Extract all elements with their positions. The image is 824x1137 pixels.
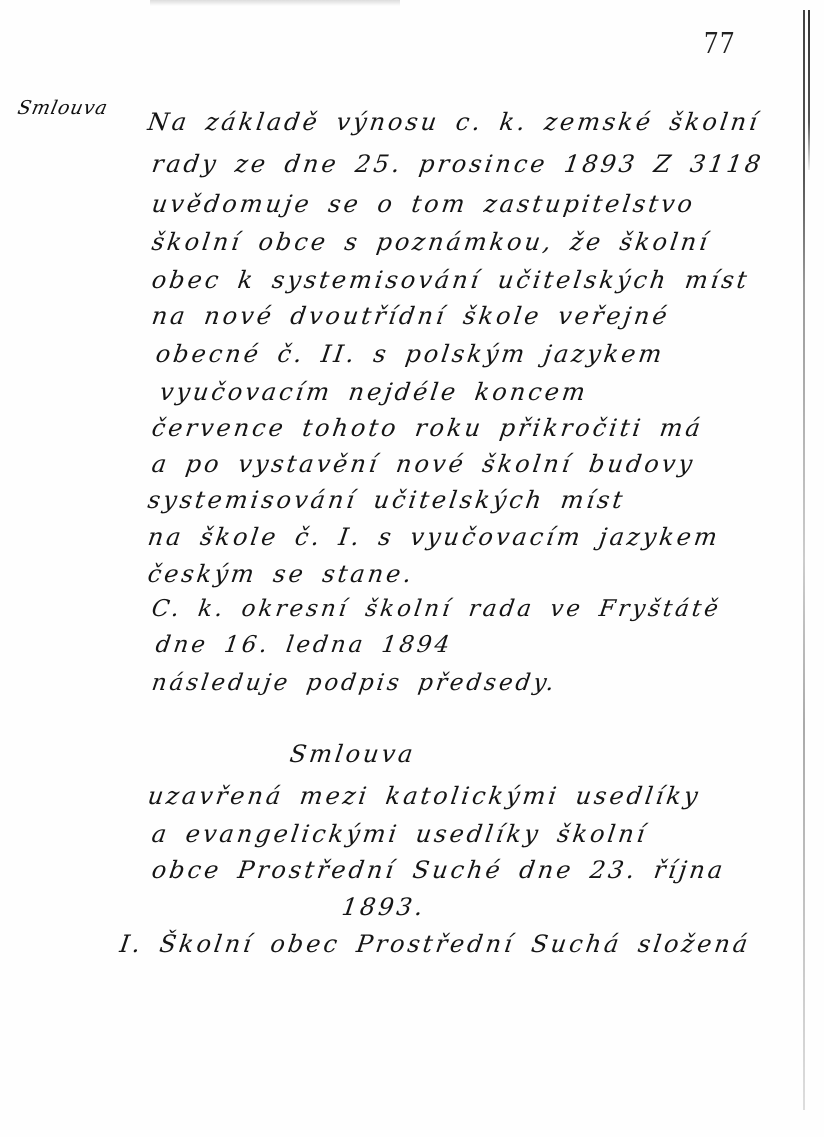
text-line: vyučovacím nejdéle koncem <box>158 378 590 406</box>
text-line: českým se stane. <box>146 560 416 588</box>
section-title: Smlouva <box>288 740 418 768</box>
blank-area <box>0 970 824 1137</box>
section-line: uzavřená mezi katolickými usedlíky <box>146 782 703 810</box>
section-year: 1893. <box>340 893 428 921</box>
text-line: Na základě výnosu c. k. zemské školní <box>146 108 762 136</box>
text-line: na nové dvoutřídní škole veřejné <box>150 302 672 330</box>
text-line: obec k systemisování učitelských míst <box>150 266 751 294</box>
text-line: rady ze dne 25. prosince 1893 Z 3118 <box>150 150 765 178</box>
page-border-rule <box>803 10 805 1110</box>
scan-smudge <box>150 0 400 6</box>
text-line: uvědomuje se o tom zastupitelstvo <box>150 190 697 218</box>
section-line: a evangelickými usedlíky školní <box>150 820 649 848</box>
text-line: obecné č. II. s polským jazykem <box>154 340 666 368</box>
page-number: 77 <box>704 26 736 63</box>
text-line: a po vystavění nové školní budovy <box>150 450 697 478</box>
signature-authority: C. k. okresní školní rada ve Fryštátě <box>150 596 723 622</box>
signature-date: dne 16. ledna 1894 <box>154 632 454 658</box>
text-line: školní obce s poznámkou, že školní <box>150 228 712 256</box>
section-clause: I. Školní obec Prostřední Suchá složená <box>118 930 752 958</box>
text-line: systemisování učitelských míst <box>146 486 627 514</box>
signature-note: následuje podpis předsedy. <box>150 670 558 696</box>
text-line: na škole č. I. s vyučovacím jazykem <box>146 523 722 551</box>
scanned-page: 77 Smlouva Na základě výnosu c. k. zemsk… <box>0 0 824 1137</box>
page-border-rule-inner <box>808 10 810 170</box>
section-line: obce Prostřední Suché dne 23. října <box>150 856 727 884</box>
margin-note: Smlouva <box>16 97 111 119</box>
text-line: července tohoto roku přikročiti má <box>150 414 705 442</box>
